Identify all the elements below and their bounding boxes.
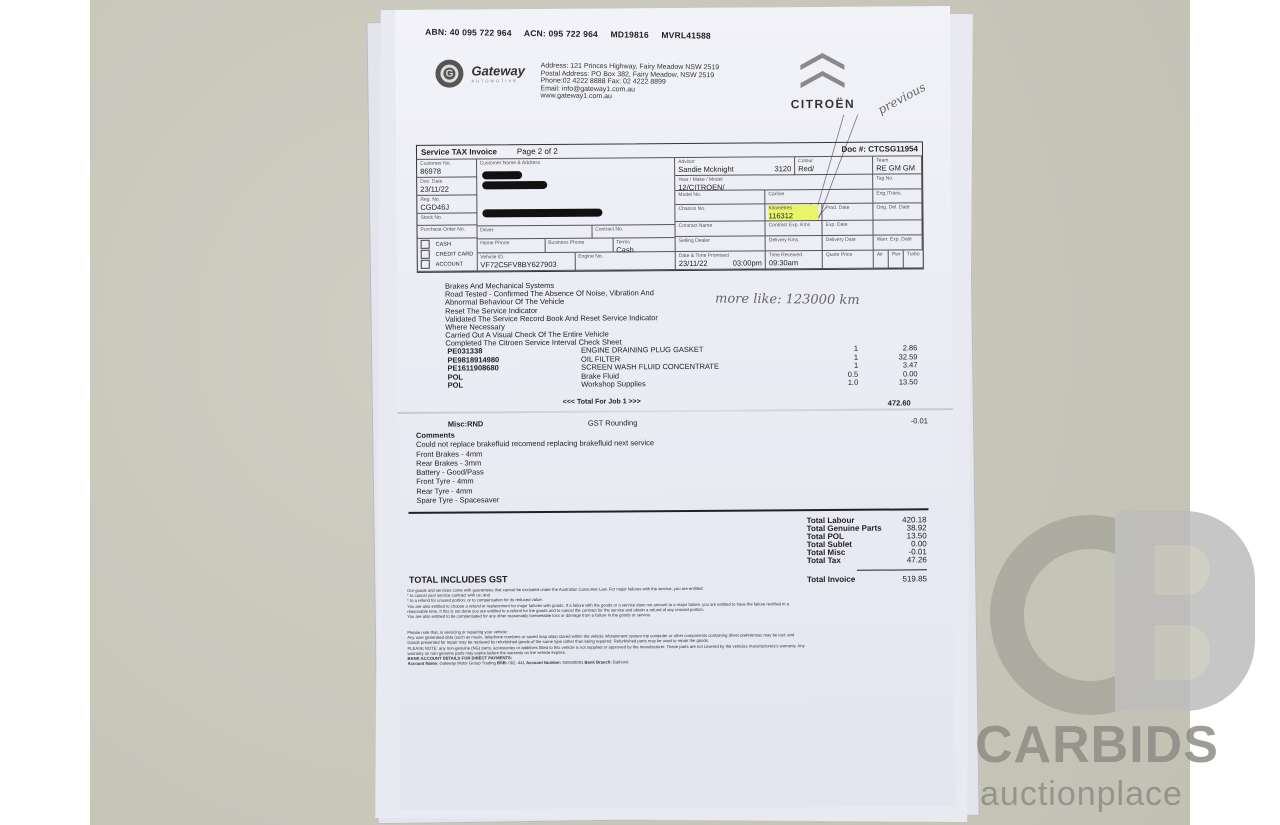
citroen-chevrons-icon	[793, 52, 853, 92]
payment-cash[interactable]: CASH	[421, 239, 474, 249]
payment-account-label: ACCOUNT	[436, 262, 463, 268]
advisor-code: 3120	[775, 164, 792, 173]
quote-price-label: Quote Price	[826, 252, 870, 258]
bsb-value: 062 -441	[508, 660, 525, 665]
watermark-b-shape	[1115, 511, 1255, 711]
carbids-watermark: CARBIDS auctionplace	[975, 505, 1265, 825]
gateway-logo: G Gateway AUTOMOTIVE	[435, 59, 525, 88]
total-invoice-row: Total Invoice519.85	[807, 575, 927, 584]
mvrl-number: MVRL41588	[661, 30, 711, 41]
advisor-value: Sandie Mcknight	[678, 165, 734, 174]
payment-credit-card-label: CREDIT CARD	[436, 251, 474, 257]
customer-no-value: 86978	[420, 166, 473, 175]
comments-section: Comments Could not replace brakefluid re…	[416, 429, 655, 505]
redacted-name	[482, 171, 522, 179]
comment-line: Could not replace brakefluid recomend re…	[416, 438, 654, 449]
redacted-street	[482, 181, 547, 189]
eng-trans-label: Eng./Trans.	[876, 190, 918, 196]
total-label: Total Tax	[807, 557, 841, 565]
comment-line: Spare Tyre - Spacesaver	[416, 494, 654, 505]
air-label: Air	[877, 252, 885, 258]
bsb-label: BSB:	[497, 660, 507, 665]
time-promised-value: 03:00pm	[733, 258, 762, 267]
paper-fold-line	[398, 408, 953, 414]
date-promised-value: 23/11/22	[679, 259, 708, 268]
total-value: 47.26	[907, 556, 927, 564]
stock-no-label: Stock No.	[420, 214, 473, 220]
doc-date-value: 23/11/22	[420, 184, 473, 193]
vehicle-id-value: VF72C5FV8BY627903	[480, 260, 571, 270]
watermark-b-hole	[1155, 625, 1210, 680]
gst-notice-title: TOTAL INCLUDES GST	[409, 574, 508, 585]
business-phone-label: Business Phone	[548, 240, 609, 246]
exp-date-label: Exp. Date	[826, 222, 870, 228]
purchase-order-label: Purchase Order No.	[421, 226, 474, 232]
job-total-label: <<< Total For Job 1 >>>	[563, 398, 641, 406]
handwritten-previous: previous	[875, 80, 928, 117]
dealer-subtitle: AUTOMOTIVE	[471, 78, 525, 83]
totals-summary: Total Labour420.18 Total Genuine Parts38…	[807, 516, 927, 584]
contract-exp-kms-label: Contract Exp. Kms	[769, 222, 819, 228]
kilometres-value: 116312	[769, 211, 819, 220]
delivery-kms-label: Delivery Kms.	[769, 237, 819, 243]
orig-del-date-label: Orig. Del. Date	[876, 204, 918, 210]
warr-exp-date-label: Warr. Exp. Date	[877, 236, 919, 242]
contract-no-label: Contract No.	[595, 226, 672, 233]
selling-dealer-label: Selling Dealer	[679, 237, 762, 244]
part-amount: 13.50	[858, 379, 917, 388]
handwritten-mileage-note: more like: 123000 km	[715, 292, 860, 309]
checkbox-icon[interactable]	[421, 240, 430, 249]
invoice-header-table: Service TAX InvoicePage 2 of 2 Doc #: CT…	[416, 141, 924, 273]
reg-no-value: CGD46J	[420, 202, 473, 211]
watermark-b-hole	[1155, 545, 1210, 595]
service-notice: Please note that, in servicing or repair…	[407, 627, 807, 666]
total-invoice-value: 519.85	[902, 575, 927, 583]
delivery-date-label: Delivery Date	[826, 237, 870, 243]
bank-branch-value: Bathurst	[613, 660, 629, 665]
account-number-value: 920608891	[562, 660, 583, 665]
dealer-address: Address: 121 Princes Highway, Fairy Mead…	[540, 62, 719, 101]
payment-credit-card[interactable]: CREDIT CARD	[421, 249, 474, 259]
consumer-law-notice: Our goods and services come with guarant…	[407, 585, 802, 619]
engine-no-label: Engine No.	[578, 253, 672, 260]
job-total-amount: 472.60	[888, 398, 911, 407]
misc-amount: -0.01	[911, 416, 928, 425]
home-phone-label: Home Phone	[480, 240, 541, 246]
team-value: RE GM GM	[876, 163, 918, 172]
dealer-name: Gateway	[471, 63, 525, 78]
gateway-g-icon: G	[435, 60, 463, 88]
part-qty: 1.0	[838, 379, 858, 388]
pwr-label: Pwr	[892, 251, 900, 257]
operations-list: Brakes And Mechanical Systems Road Teste…	[445, 281, 658, 348]
misc-code: Misc:RND	[448, 419, 588, 429]
chassis-no-label: Chassis No.	[678, 205, 761, 212]
part-code: POL	[448, 381, 582, 391]
checkbox-icon[interactable]	[421, 260, 430, 269]
customer-name-label: Customer Name & Address	[480, 159, 672, 166]
colour-value: Red/	[798, 164, 869, 173]
prod-date-label: Prod. Date	[825, 205, 869, 211]
payment-account[interactable]: ACCOUNT	[421, 259, 474, 269]
abn: ABN: 40 095 722 964	[425, 27, 512, 38]
turbo-label: Turbo	[907, 251, 920, 257]
citroen-logo: CITROËN	[790, 52, 855, 111]
doc-number: Doc #: CTCSG11954	[841, 144, 918, 154]
checkbox-icon[interactable]	[421, 250, 430, 259]
redacted-suburb	[482, 209, 602, 218]
account-number-label: Account Number:	[526, 660, 561, 665]
invoice-document: ABN: 40 095 722 964 ACN: 095 722 964 MD1…	[395, 6, 956, 810]
account-name-label: Account Name:	[408, 661, 439, 666]
tag-no-label: Tag No.	[876, 175, 918, 181]
invoice-title: Service TAX Invoice	[421, 147, 497, 157]
account-name-value: Gateway Motor Group Trading	[439, 661, 495, 666]
payment-cash-label: CASH	[436, 242, 451, 248]
carline-label: Carline	[768, 191, 869, 198]
bank-branch-label: Bank Branch:	[585, 660, 612, 665]
md-number: MD19816	[610, 29, 648, 40]
page-indicator: Page 2 of 2	[517, 147, 558, 156]
acn: ACN: 095 722 964	[524, 28, 598, 39]
time-received-value: 09:30am	[769, 258, 819, 267]
contract-name-label: Contract Name	[679, 222, 762, 229]
watermark-brand: CARBIDS	[975, 715, 1219, 775]
company-registration-line: ABN: 40 095 722 964 ACN: 095 722 964 MD1…	[425, 27, 721, 41]
watermark-tagline: auctionplace	[980, 775, 1183, 814]
divider	[409, 508, 929, 513]
total-row: Total Tax47.26	[807, 556, 927, 565]
totals-divider	[857, 569, 927, 570]
driver-label: Driver	[480, 227, 588, 234]
model-no-label: Model No.	[678, 191, 761, 198]
misc-desc: GST Rounding	[588, 417, 868, 428]
parts-table: PE031338ENGINE DRAINING PLUG GASKET12.86…	[447, 344, 917, 390]
total-invoice-label: Total Invoice	[807, 576, 855, 584]
website-line: www.gateway1.com.au	[540, 92, 719, 101]
misc-row: Misc:RND GST Rounding -0.01	[448, 416, 928, 428]
part-desc: Workshop Supplies	[581, 379, 838, 389]
